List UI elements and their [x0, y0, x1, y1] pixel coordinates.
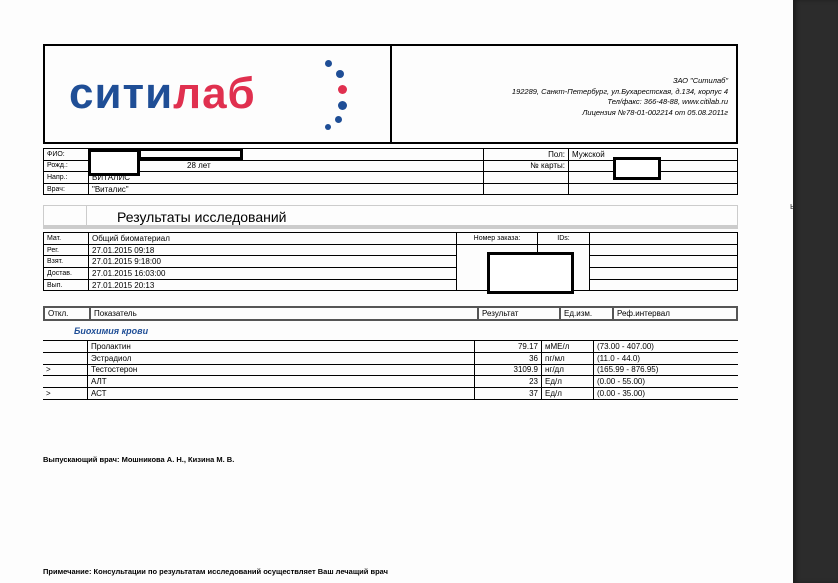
empty-cell	[590, 256, 738, 268]
reference-interval: (73.00 - 407.00)	[594, 341, 739, 353]
indicator-name: Эстрадиол	[88, 352, 475, 364]
empty-cell	[484, 172, 569, 184]
empty-cell	[569, 183, 738, 195]
deviation-flag	[43, 352, 88, 364]
material-value: Общий биоматериал	[89, 233, 457, 245]
unit: мМЕ/л	[542, 341, 594, 353]
meta-value: 27.01.2015 20:13	[89, 279, 457, 291]
indicator-name: АСТ	[88, 388, 475, 400]
company-license: Лицензия №78-01-002214 от 05.08.2011г	[512, 108, 728, 119]
result-value: 23	[475, 376, 542, 388]
reference-interval: (0.00 - 55.00)	[594, 376, 739, 388]
empty-cell	[484, 183, 569, 195]
birth-value: 28 лет	[89, 160, 484, 172]
deviation-flag: >	[43, 364, 88, 376]
sex-label: Пол:	[484, 149, 569, 161]
company-contacts: Тел/факс: 366-48-88, www.citilab.ru	[512, 97, 728, 108]
order-number-label: Номер заказа:	[457, 233, 538, 245]
citilab-logo: ситилаб	[69, 72, 256, 116]
company-name: ЗАО "Ситилаб"	[512, 76, 728, 87]
redaction-box	[88, 149, 140, 176]
meta-label: Взят.	[44, 256, 89, 268]
results-title-row: Результаты исследований	[43, 205, 738, 229]
result-row: >Тестостерон3109.9нг/дл(165.99 - 876.95)	[43, 364, 738, 376]
empty-cell	[590, 279, 738, 291]
col-unit: Ед.изм.	[560, 307, 613, 320]
result-row: >АСТ37Ед/л(0.00 - 35.00)	[43, 388, 738, 400]
reference-interval: (0.00 - 35.00)	[594, 388, 739, 400]
result-row: Пролактин79.17мМЕ/л(73.00 - 407.00)	[43, 341, 738, 353]
results-title: Результаты исследований	[117, 209, 286, 225]
deviation-flag	[43, 376, 88, 388]
logo-dots-icon	[315, 56, 355, 136]
meta-value: 27.01.2015 09:18	[89, 244, 457, 256]
reference-interval: (11.0 - 44.0)	[594, 352, 739, 364]
unit: пг/мл	[542, 352, 594, 364]
result-row: Эстрадиол36пг/мл(11.0 - 44.0)	[43, 352, 738, 364]
referral-label: Напр.:	[44, 172, 89, 184]
col-reference: Реф.интервал	[613, 307, 737, 320]
indicator-name: Тестостерон	[88, 364, 475, 376]
redaction-box	[613, 157, 661, 180]
section-title: Биохимия крови	[74, 326, 148, 336]
document-page: ситилаб ЗАО "Ситилаб" 192289, Санкт-Пете…	[0, 0, 793, 583]
doctor-value: "Виталис"	[89, 183, 484, 195]
referral-value: ВИТАЛИС	[89, 172, 484, 184]
material-label: Мат.	[44, 233, 89, 245]
logo-part-2: лаб	[173, 69, 256, 118]
results-column-header: Откл. Показатель Результат Ед.изм. Реф.и…	[43, 306, 738, 321]
empty-cell	[590, 233, 738, 245]
deviation-flag: >	[43, 388, 88, 400]
col-indicator: Показатель	[90, 307, 478, 320]
result-value: 79.17	[475, 341, 542, 353]
meta-label: Достав.	[44, 268, 89, 280]
meta-value: 27.01.2015 9:18:00	[89, 256, 457, 268]
meta-label: Вып.	[44, 279, 89, 291]
unit: Ед/л	[542, 376, 594, 388]
meta-row: Достав. 27.01.2015 16:03:00	[44, 268, 738, 280]
doctor-row: Врач: "Виталис"	[44, 183, 738, 195]
fio-label: ФИО:	[44, 149, 89, 161]
reference-interval: (165.99 - 876.95)	[594, 364, 739, 376]
redaction-box	[487, 252, 574, 294]
empty-cell	[590, 268, 738, 280]
header-box: ситилаб ЗАО "Ситилаб" 192289, Санкт-Пете…	[43, 44, 738, 144]
right-side-panel	[793, 0, 838, 583]
col-result: Результат	[478, 307, 560, 320]
unit: Ед/л	[542, 388, 594, 400]
issuing-doctor: Выпускающий врач: Мошникова А. Н., Кизин…	[43, 455, 234, 464]
company-address: 192289, Санкт-Петербург, ул.Бухарестская…	[512, 87, 728, 98]
sample-meta-table: Мат. Общий биоматериал Номер заказа: IDs…	[43, 232, 738, 291]
meta-row: Взят. 27.01.2015 9:18:00	[44, 256, 738, 268]
empty-cell	[590, 244, 738, 256]
results-table: Пролактин79.17мМЕ/л(73.00 - 407.00)Эстра…	[43, 340, 738, 400]
result-value: 37	[475, 388, 542, 400]
redaction-box	[138, 148, 243, 160]
col-deviation: Откл.	[44, 307, 90, 320]
meta-row: Рег. 27.01.2015 09:18	[44, 244, 738, 256]
unit: нг/дл	[542, 364, 594, 376]
logo-part-1: сити	[69, 69, 173, 118]
result-row: АЛТ23Ед/л(0.00 - 55.00)	[43, 376, 738, 388]
ids-label: IDs:	[538, 233, 590, 245]
meta-label: Рег.	[44, 244, 89, 256]
meta-row: Вып. 27.01.2015 20:13	[44, 279, 738, 291]
meta-value: 27.01.2015 16:03:00	[89, 268, 457, 280]
note: Примечание: Консультации по результатам …	[43, 567, 388, 576]
company-info: ЗАО "Ситилаб" 192289, Санкт-Петербург, у…	[512, 76, 728, 118]
result-value: 36	[475, 352, 542, 364]
card-label: № карты:	[484, 160, 569, 172]
birth-label: Рожд.:	[44, 160, 89, 172]
header-divider	[390, 46, 392, 142]
deviation-flag	[43, 341, 88, 353]
material-row: Мат. Общий биоматериал Номер заказа: IDs…	[44, 233, 738, 245]
indicator-name: АЛТ	[88, 376, 475, 388]
indicator-name: Пролактин	[88, 341, 475, 353]
result-value: 3109.9	[475, 364, 542, 376]
doctor-label: Врач:	[44, 183, 89, 195]
